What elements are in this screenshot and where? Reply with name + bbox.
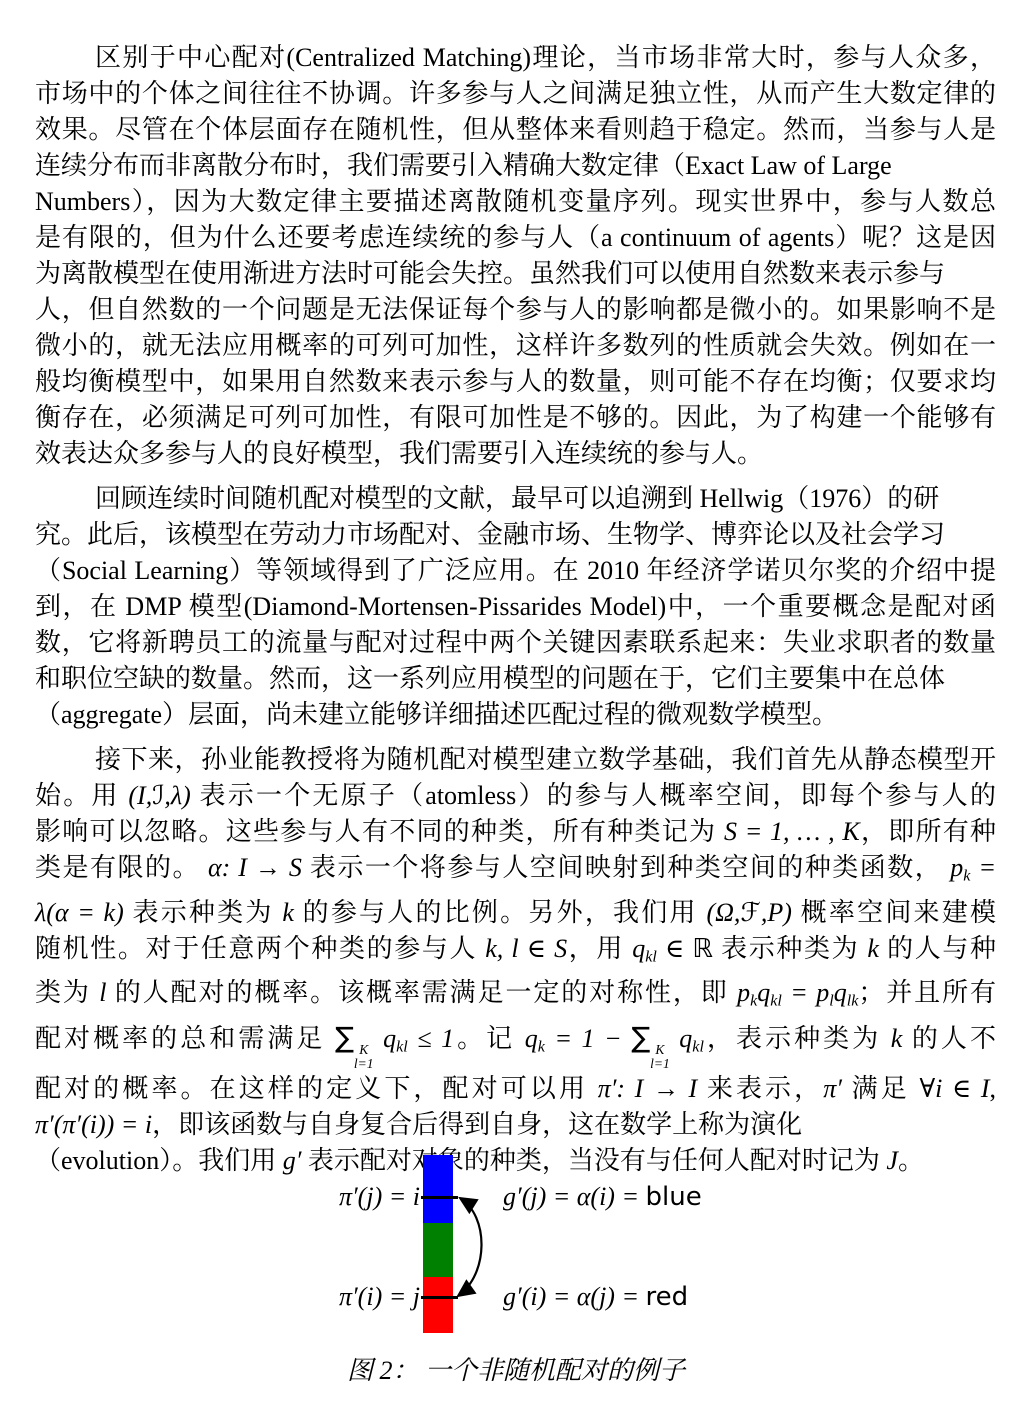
text-line: λ(α = k) 表示种类为 k 的参与人的比例。另外，我们用 (Ω,ℱ,P) …: [35, 895, 996, 931]
text-line: 配对的概率。在这样的定义下，配对可以用 π′: I → I 来表示，π′ 满足 …: [35, 1071, 996, 1107]
figure-label-pi-j: π′(j) = i: [250, 1181, 420, 1213]
text-line: 配对概率的总和需满足 ∑Kl=1 qkl ≤ 1。记 qk = 1 − ∑Kl=…: [35, 1020, 996, 1072]
text-line: 效果。尽管在个体层面存在随机性，但从整体来看则趋于稳定。然而，当参与人是: [35, 112, 996, 148]
text-line: （Social Learning）等领域得到了广泛应用。在 2010 年经济学诺…: [35, 553, 996, 589]
figure-bar: [423, 1155, 453, 1333]
text-line: 是有限的，但为什么还要考虑连续统的参与人（a continuum of agen…: [35, 220, 996, 256]
text-line: 到，在 DMP 模型(Diamond-Mortensen-Pissarides …: [35, 589, 996, 625]
text-line: 般均衡模型中，如果用自然数来表示参与人的数量，则可能不存在均衡；仅要求均: [35, 364, 996, 400]
text-line: 效表达众多参与人的良好模型，我们需要引入连续统的参与人。: [35, 436, 996, 472]
text-line: Numbers），因为大数定律主要描述离散随机变量序列。现实世界中，参与人数总: [35, 184, 996, 220]
text-line: 人，但自然数的一个问题是无法保证每个参与人的影响都是微小的。如果影响不是: [35, 292, 996, 328]
text-line: 数，它将新聘员工的流量与配对过程中两个关键因素联系起来：失业求职者的数量: [35, 625, 996, 661]
text-line: 微小的，就无法应用概率的可列可加性，这样许多数列的性质就会失效。例如在一: [35, 328, 996, 364]
text-line: 和职位空缺的数量。然而，这一系列应用模型的问题在于，它们主要集中在总体: [35, 661, 996, 697]
figure-label-g-j: g′(j) = α(i) = blue: [503, 1181, 702, 1213]
paragraph: 回顾连续时间随机配对模型的文献，最早可以追溯到 Hellwig（1976）的研究…: [35, 481, 996, 733]
document-body: 区别于中心配对(Centralized Matching)理论，当市场非常大时，…: [35, 40, 996, 1179]
text-line: 市场中的个体之间往往不协调。许多参与人之间满足独立性，从而产生大数定律的: [35, 76, 996, 112]
figure-label-g-i: g′(i) = α(j) = red: [503, 1281, 688, 1313]
text-line: 类为 l 的人配对的概率。该概率需满足一定的对称性，即 pkqkl = plql…: [35, 975, 996, 1020]
text-line: 为离散模型在使用渐进方法时可能会失控。虽然我们可以使用自然数来表示参与: [35, 256, 996, 292]
text-line: 接下来，孙业能教授将为随机配对模型建立数学基础，我们首先从静态模型开: [35, 742, 996, 778]
bar-segment-red: [423, 1277, 453, 1333]
text-line: 回顾连续时间随机配对模型的文献，最早可以追溯到 Hellwig（1976）的研: [35, 481, 996, 517]
text-line: 究。此后，该模型在劳动力市场配对、金融市场、生物学、博弈论以及社会学习: [35, 517, 996, 553]
bar-segment-blue: [423, 1155, 453, 1223]
text-line: 影响可以忽略。这些参与人有不同的种类，所有种类记为 S = 1, … , K，即…: [35, 814, 996, 850]
figure-caption: 图 2： 一个非随机配对的例子: [0, 1350, 1032, 1387]
bar-segment-green: [423, 1223, 453, 1277]
figure-label-pi-i: π′(i) = j: [250, 1281, 420, 1313]
text-line: 类是有限的。 α: I → S 表示一个将参与人空间映射到种类空间的种类函数， …: [35, 850, 996, 895]
text-line: 始。用 (I,ℐ,λ) 表示一个无原子（atomless）的参与人概率空间，即每…: [35, 778, 996, 814]
text-line: 区别于中心配对(Centralized Matching)理论，当市场非常大时，…: [35, 40, 996, 76]
matching-arrow: [453, 1188, 501, 1306]
text-line: π′(π′(i)) = i，即该函数与自身复合后得到自身，这在数学上称为演化: [35, 1107, 996, 1143]
text-line: 衡存在，必须满足可列可加性，有限可加性是不够的。因此，为了构建一个能够有: [35, 400, 996, 436]
text-line: 随机性。对于任意两个种类的参与人 k, l ∈ S，用 qkl ∈ ℝ 表示种类…: [35, 931, 996, 976]
text-line: 连续分布而非离散分布时，我们需要引入精确大数定律（Exact Law of La…: [35, 148, 996, 184]
paragraph: 区别于中心配对(Centralized Matching)理论，当市场非常大时，…: [35, 40, 996, 472]
text-line: （aggregate）层面，尚未建立能够详细描述匹配过程的微观数学模型。: [35, 697, 996, 733]
paragraph: 接下来，孙业能教授将为随机配对模型建立数学基础，我们首先从静态模型开始。用 (I…: [35, 742, 996, 1179]
text-line: （evolution）。我们用 g′ 表示配对对象的种类，当没有与任何人配对时记…: [35, 1143, 996, 1179]
